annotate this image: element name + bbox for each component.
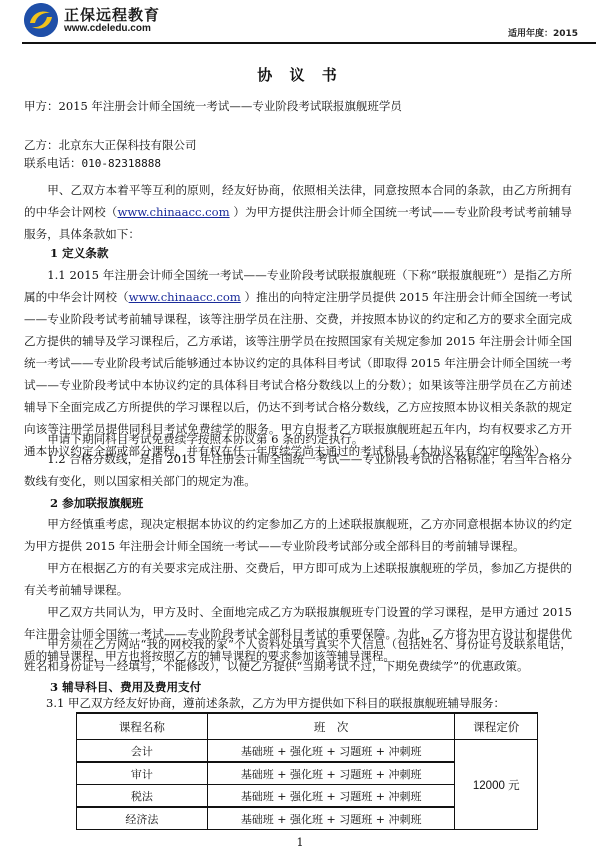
section-2-para-1: 甲方经慎重考虑，现决定根据本协议的约定参加乙方的上述联报旗舰班，乙方亦同意根据本…: [24, 513, 572, 557]
brand-name: 正保远程教育: [64, 4, 160, 25]
table-row: 会计 基础班 + 强化班 + 习题班 + 冲刺班 12000 元: [77, 740, 538, 763]
applicable-year: 适用年度：2015: [508, 26, 578, 39]
course-classes: 基础班 + 强化班 + 习题班 + 冲刺班: [207, 807, 455, 830]
header-course-name: 课程名称: [77, 713, 208, 740]
course-price: 12000 元: [455, 740, 538, 830]
section-2-heading: 2 参加联报旗舰班: [50, 495, 143, 511]
brand-url: www.cdeledu.com: [64, 23, 151, 34]
course-name: 会计: [77, 740, 208, 763]
contact-phone: 联系电话：010-82318888: [24, 155, 161, 171]
course-classes: 基础班 + 强化班 + 习题班 + 冲刺班: [207, 785, 455, 808]
chinaacc-link[interactable]: www.chinaacc.com: [117, 205, 229, 219]
table-header-row: 课程名称 班 次 课程定价: [77, 713, 538, 740]
clause-3-1: 3.1 甲乙双方经友好协商，遵前述条款，乙方为甲方提供如下科目的联报旗舰班辅导服…: [46, 695, 505, 711]
header-price: 课程定价: [455, 713, 538, 740]
clause-1-2: 1.2 合格分数线，是指 2015 年注册会计师全国统一考试——专业阶段考试的合…: [24, 448, 572, 492]
course-name: 税法: [77, 785, 208, 808]
course-name: 经济法: [77, 807, 208, 830]
chinaacc-link-2[interactable]: www.chinaacc.com: [129, 290, 241, 304]
intro-paragraph: 甲、乙双方本着平等互利的原则，经友好协商，依照相关法律，同意按照本合同的条款，由…: [24, 179, 572, 245]
party-a: 甲方：2015 年注册会计师全国统一考试——专业阶段考试联报旗舰班学员: [24, 98, 402, 114]
course-name: 审计: [77, 762, 208, 785]
course-fee-table: 课程名称 班 次 课程定价 会计 基础班 + 强化班 + 习题班 + 冲刺班 1…: [76, 712, 538, 830]
course-classes: 基础班 + 强化班 + 习题班 + 冲刺班: [207, 740, 455, 763]
course-classes: 基础班 + 强化班 + 习题班 + 冲刺班: [207, 762, 455, 785]
section-1-heading: 1 定义条款: [50, 245, 108, 261]
party-b: 乙方：北京东大正保科技有限公司: [24, 137, 197, 153]
section-3-heading: 3 辅导科目、费用及费用支付: [50, 679, 201, 695]
section-2-para-2: 甲方在根据乙方的有关要求完成注册、交费后，甲方即可成为上述联报旗舰班的学员，参加…: [24, 557, 572, 601]
header-divider: [22, 42, 596, 44]
free-retake-note: 申请下期同科目考试免费续学按照本协议第 6 条的约定执行。: [24, 428, 572, 450]
page-number: 1: [0, 836, 600, 849]
document-title: 协 议 书: [0, 64, 600, 85]
header-classes: 班 次: [207, 713, 455, 740]
section-2-para-4: 甲方须在乙方网站“我的网校我的家”个人资料处填写真实个人信息（包括姓名、身份证号…: [24, 633, 572, 677]
phone-value: 010-82318888: [82, 157, 161, 170]
phone-label: 联系电话：: [24, 156, 82, 170]
company-logo-icon: [24, 3, 58, 37]
